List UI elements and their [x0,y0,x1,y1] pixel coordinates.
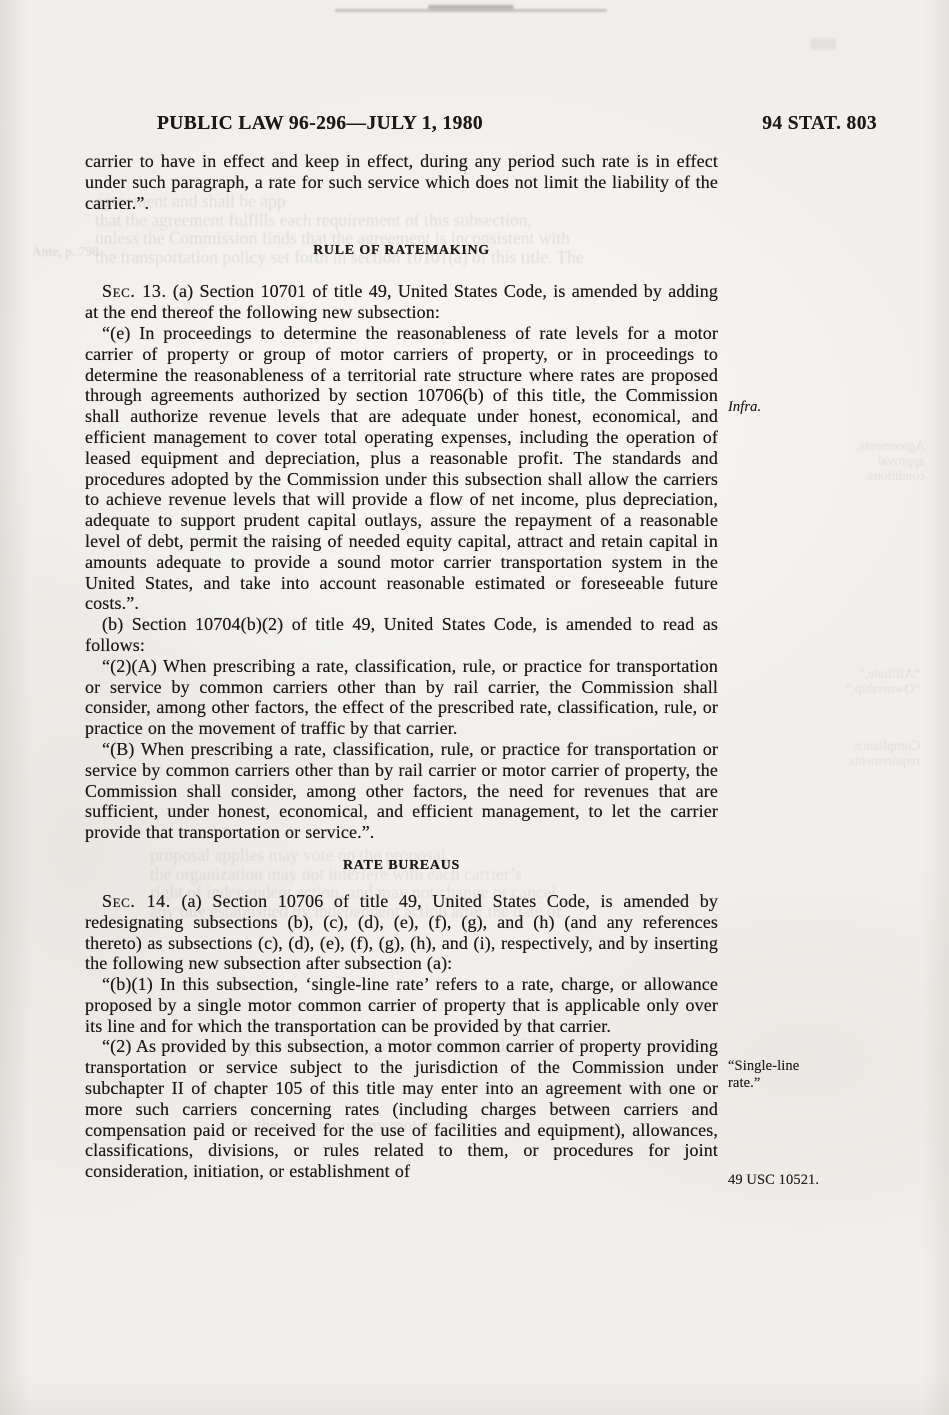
paragraph-2B: “(B) When prescribing a rate, classifica… [85,739,718,843]
paragraph-b1: “(b)(1) In this subsection, ‘single-line… [85,974,718,1036]
sec-13-text: (a) Section 10701 of title 49, United St… [85,281,718,322]
section-heading-rate-bureaus: RATE BUREAUS [85,858,718,874]
paragraph-sec-13: Sec. 13. (a) Section 10701 of title 49, … [85,281,718,323]
bleedthrough-margin-note: Agreements, approval conditions. [805,438,925,483]
paragraph-carrier-continuation: carrier to have in effect and keep in ef… [85,151,718,213]
running-head-law-title: PUBLIC LAW 96-296—JULY 1, 1980 [157,113,483,135]
margin-note-infra: Infra. [728,399,828,416]
paragraph-subsection-b: (b) Section 10704(b)(2) of title 49, Uni… [85,614,718,656]
bleedthrough-margin-note: “Affiliate.” “Ownership.” [795,666,920,696]
sec-13-label: Sec. 13. [102,281,167,301]
sec-14-text: (a) Section 10706 of title 49, United St… [85,891,718,973]
margin-note-usc-citation: 49 USC 10521. [728,1172,868,1189]
paragraph-subsection-e: “(e) In proceedings to determine the rea… [85,323,718,614]
scanned-statute-page: Ante, p. 798. agreement and shall be app… [0,0,949,1415]
paragraph-2A: “(2)(A) When prescribing a rate, classif… [85,656,718,739]
margin-note-single-line-rate: “Single-line rate.” [728,1058,822,1091]
paragraph-sec-14: Sec. 14. (a) Section 10706 of title 49, … [85,891,718,974]
running-head-stat-number: 94 STAT. 803 [762,113,877,135]
bleedthrough-margin-note: Compliance requirements. [792,738,920,768]
paragraph-b2: “(2) As provided by this subsection, a m… [85,1036,718,1182]
body-text-column: carrier to have in effect and keep in ef… [85,151,718,1182]
sec-14-label: Sec. 14. [102,891,171,911]
scan-smudge [810,38,836,50]
scan-smudge [335,9,607,12]
scan-smudge [428,5,514,9]
section-heading-rule-of-ratemaking: RULE OF RATEMAKING [85,243,718,259]
